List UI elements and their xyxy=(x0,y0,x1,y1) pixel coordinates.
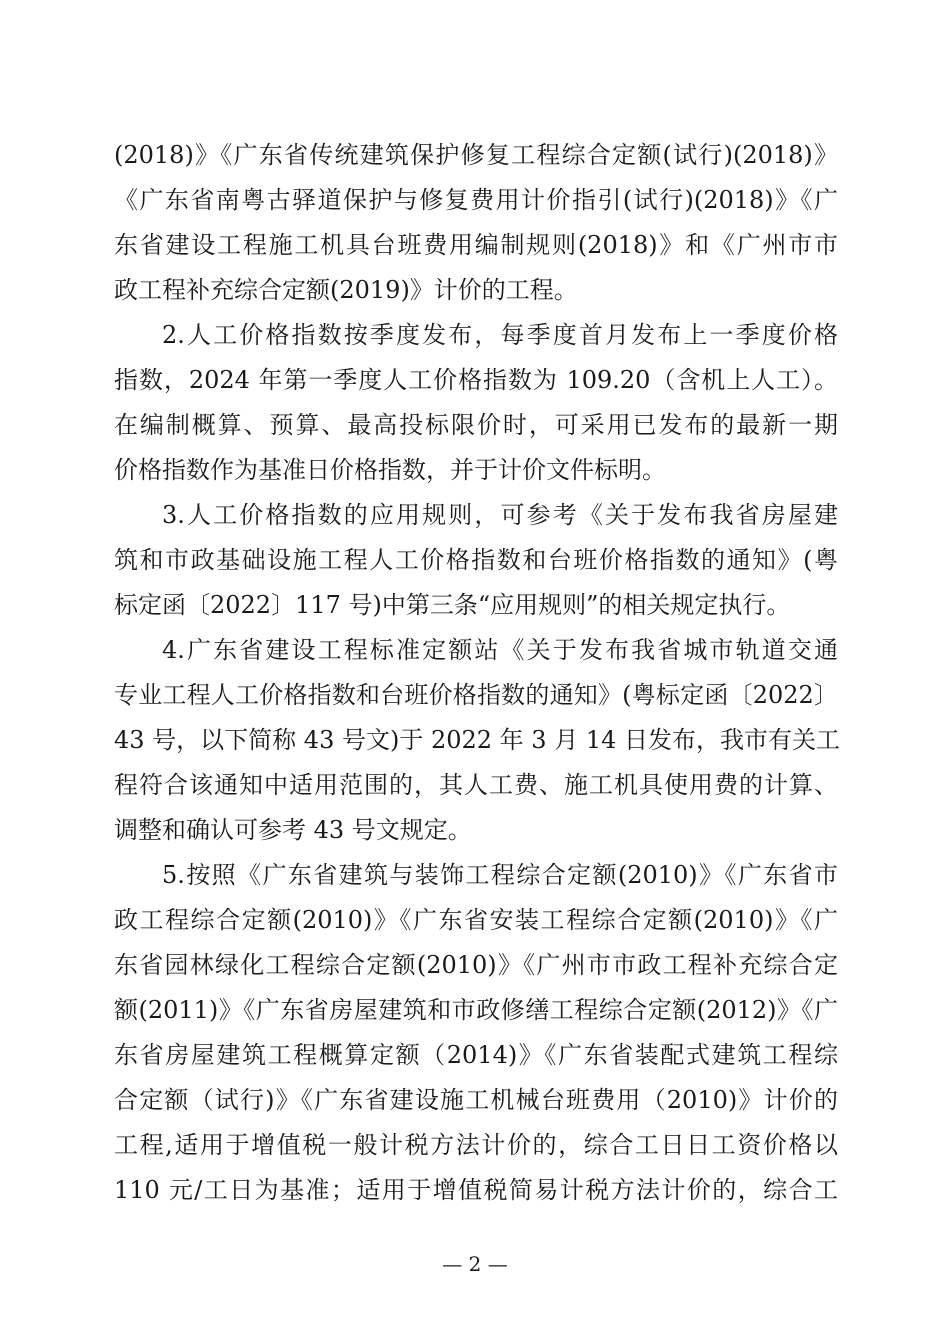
text-line: 合定额（试行)》《广东省建设施工机械台班费用（2010)》计价的 xyxy=(114,1078,838,1123)
text-line: 调整和确认可参考 43 号文规定。 xyxy=(114,808,838,853)
text-line: 东省建设工程施工机具台班费用编制规则(2018)》和《广州市市 xyxy=(114,223,838,268)
text-line: 价格指数作为基准日价格指数，并于计价文件标明。 xyxy=(114,448,838,493)
paragraph-item-4: 4.广东省建设工程标准定额站《关于发布我省城市轨道交通 专业工程人工价格指数和台… xyxy=(114,628,838,853)
text-line: 程符合该通知中适用范围的，其人工费、施工机具使用费的计算、 xyxy=(114,763,838,808)
paragraph-continued: (2018)》《广东省传统建筑保护修复工程综合定额(试行)(2018)》 《广东… xyxy=(114,133,838,313)
text-line: 东省房屋建筑工程概算定额（2014)》《广东省装配式建筑工程综 xyxy=(114,1033,838,1078)
text-line: (2018)》《广东省传统建筑保护修复工程综合定额(试行)(2018)》 xyxy=(114,133,838,178)
paragraph-item-5: 5.按照《广东省建筑与装饰工程综合定额(2010)》《广东省市 政工程综合定额(… xyxy=(114,853,838,1213)
text-line: 4.广东省建设工程标准定额站《关于发布我省城市轨道交通 xyxy=(114,628,838,673)
page-number: — 2 — xyxy=(0,1250,950,1278)
text-line: 额(2011)》《广东省房屋建筑和市政修缮工程综合定额(2012)》《广 xyxy=(114,988,838,1033)
text-line: 110 元/工日为基准；适用于增值税简易计税方法计价的，综合工 xyxy=(114,1168,838,1213)
text-line: 专业工程人工价格指数和台班价格指数的通知》(粤标定函〔2022〕 xyxy=(114,673,838,718)
paragraph-item-3: 3.人工价格指数的应用规则，可参考《关于发布我省房屋建 筑和市政基础设施工程人工… xyxy=(114,493,838,628)
text-line: 指数，2024 年第一季度人工价格指数为 109.20（含机上人工）。 xyxy=(114,358,838,403)
text-line: 工程,适用于增值税一般计税方法计价的，综合工日日工资价格以 xyxy=(114,1123,838,1168)
text-line: 43 号，以下简称 43 号文)于 2022 年 3 月 14 日发布，我市有关… xyxy=(114,718,838,763)
document-body: (2018)》《广东省传统建筑保护修复工程综合定额(试行)(2018)》 《广东… xyxy=(114,133,838,1213)
text-line: 标定函〔2022〕117 号)中第三条“应用规则”的相关规定执行。 xyxy=(114,583,838,628)
text-line: 东省园林绿化工程综合定额(2010)》《广州市市政工程补充综合定 xyxy=(114,943,838,988)
document-page: (2018)》《广东省传统建筑保护修复工程综合定额(试行)(2018)》 《广东… xyxy=(0,0,950,1344)
text-line: 在编制概算、预算、最高投标限价时，可采用已发布的最新一期 xyxy=(114,403,838,448)
paragraph-item-2: 2.人工价格指数按季度发布，每季度首月发布上一季度价格 指数，2024 年第一季… xyxy=(114,313,838,493)
text-line: 政工程补充综合定额(2019)》计价的工程。 xyxy=(114,268,838,313)
text-line: 2.人工价格指数按季度发布，每季度首月发布上一季度价格 xyxy=(114,313,838,358)
text-line: 政工程综合定额(2010)》《广东省安装工程综合定额(2010)》《广 xyxy=(114,898,838,943)
text-line: 3.人工价格指数的应用规则，可参考《关于发布我省房屋建 xyxy=(114,493,838,538)
text-line: 筑和市政基础设施工程人工价格指数和台班价格指数的通知》(粤 xyxy=(114,538,838,583)
text-line: 5.按照《广东省建筑与装饰工程综合定额(2010)》《广东省市 xyxy=(114,853,838,898)
text-line: 《广东省南粤古驿道保护与修复费用计价指引(试行)(2018)》《广 xyxy=(114,178,838,223)
